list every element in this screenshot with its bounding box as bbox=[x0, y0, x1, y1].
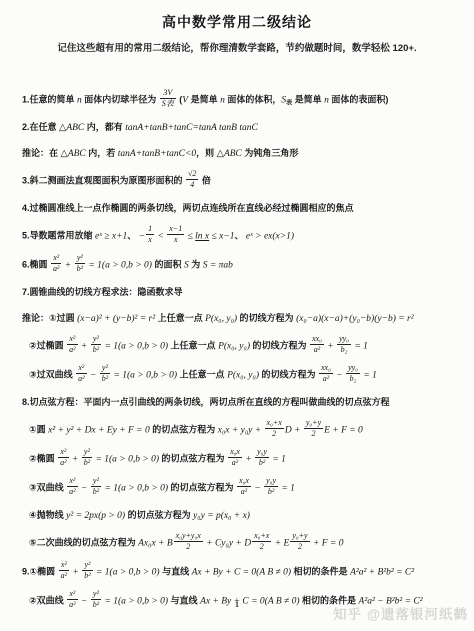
formula-line: 9.①椭圆 x²a² + y²b² = 1(a > 0,b > 0) 与直线 A… bbox=[22, 560, 464, 581]
chinese-text: 的切线方程为 bbox=[259, 370, 318, 380]
chinese-text: ④抛物线 bbox=[29, 510, 66, 520]
math-text: = 1(a > 0,b > 0) bbox=[111, 371, 177, 381]
fraction-denominator: a² bbox=[319, 374, 333, 384]
math-text: P(x₀, y₀) bbox=[227, 371, 259, 381]
chinese-text: 、 bbox=[127, 231, 136, 241]
fraction: y²b² bbox=[82, 560, 92, 581]
fraction-denominator: 2 bbox=[252, 542, 271, 552]
chinese-text: 与直线 bbox=[160, 567, 192, 577]
chinese-text: 9.①椭圆 bbox=[22, 567, 58, 577]
math-text: + bbox=[70, 455, 81, 465]
chinese-text: 为钝角三角形 bbox=[242, 148, 299, 158]
fraction: y₀yb² bbox=[264, 476, 278, 497]
fraction: x²a² bbox=[58, 447, 68, 468]
fraction: √24 bbox=[186, 169, 198, 190]
chinese-text: 的切点弦方程为 bbox=[125, 510, 193, 520]
math-text: Ax₀x + B bbox=[138, 539, 173, 549]
chinese-text: 的面积 bbox=[152, 260, 184, 270]
formula-lines: 1.任意的简单 n 面体内切球半径为 3VS表 (V 是简单 n 面体的体积，S… bbox=[0, 54, 474, 610]
fraction-numerator: x₀x bbox=[228, 447, 242, 458]
fraction: x₀+x2 bbox=[265, 418, 284, 439]
math-text: = 1(a > 0,b > 0) bbox=[102, 342, 168, 352]
fraction: x₀+x2 bbox=[252, 531, 271, 552]
fraction-denominator: a² bbox=[76, 374, 86, 384]
formula-line: 5.导数题常用放缩 eˣ ≥ x+1、 −1x < x−1x ≤ ln x ≤ … bbox=[22, 224, 464, 245]
page-title: 高中数学常用二级结论 bbox=[0, 0, 474, 32]
fraction-numerator: x² bbox=[76, 363, 86, 374]
fraction: y²b² bbox=[82, 447, 92, 468]
fraction: y²b² bbox=[75, 253, 85, 274]
fraction-numerator: x² bbox=[51, 253, 61, 264]
math-text: tanA+tanB+tanC=tanA tanB tanC bbox=[125, 123, 258, 133]
chinese-text: 的切线方程为 bbox=[250, 341, 309, 351]
fraction-denominator: 2 bbox=[290, 542, 309, 552]
fraction-denominator: b² bbox=[255, 458, 269, 468]
math-text: P(x₀, y₀) bbox=[218, 342, 250, 352]
formula-line: 6.椭圆 x²a² + y²b² = 1(a > 0,b > 0) 的面积 S … bbox=[22, 253, 464, 274]
fraction-denominator: 2 bbox=[174, 542, 203, 552]
fraction: xx₀a² bbox=[310, 334, 324, 355]
fraction-numerator: y₀y bbox=[264, 476, 278, 487]
chinese-text: 面体的体积， bbox=[225, 95, 282, 105]
math-text: E + F = 0 bbox=[324, 426, 363, 436]
math-text: − bbox=[136, 232, 145, 242]
fraction-numerator: y² bbox=[75, 253, 85, 264]
formula-line: 8.切点弦方程：平面内一点引曲线的两条切线，两切点所在直线的方程叫做曲线的切点弦… bbox=[22, 392, 464, 410]
chinese-text: 的切点弦方程为 bbox=[168, 483, 236, 493]
fraction-denominator: a² bbox=[58, 458, 68, 468]
fraction-denominator: a² bbox=[67, 345, 77, 355]
chinese-text: 内，若 bbox=[86, 148, 118, 158]
formula-line: 7.圆锥曲线的切线方程求法：隐函数求导 bbox=[22, 282, 464, 300]
chinese-text: 的切线方程为 bbox=[237, 313, 296, 323]
math-text: △ABC bbox=[61, 149, 86, 159]
fraction-denominator: 2 bbox=[265, 429, 284, 439]
formula-line: ⑤二次曲线的切点弦方程为 Ax₀x + Bx₀y+y₀x2 + Cy₀y + D… bbox=[22, 531, 464, 552]
math-text: = 1 bbox=[361, 371, 377, 381]
formula-line: ①圆 x² + y² + Dx + Ey + F = 0 的切点弦方程为 x₀x… bbox=[22, 418, 464, 439]
chinese-text: 推论：在 bbox=[22, 148, 61, 158]
chinese-text: 的切点弦方程为 bbox=[150, 425, 218, 435]
math-text: ≤ bbox=[185, 232, 195, 242]
fraction: y₀+y2 bbox=[290, 531, 309, 552]
fraction-numerator: √2 bbox=[186, 169, 198, 180]
chinese-text: 是简单 bbox=[292, 95, 324, 105]
chinese-text: 上任意一点 bbox=[155, 313, 205, 323]
fraction: x−1x bbox=[167, 224, 184, 245]
formula-line: 2.在任意 △ABC 内，都有 tanA+tanB+tanC=tanA tanB… bbox=[22, 117, 464, 135]
fraction-numerator: y₀+y bbox=[290, 531, 309, 542]
math-text: x₀x + y₀y + bbox=[218, 426, 264, 436]
fraction: xx₀a² bbox=[319, 363, 333, 384]
math-text: tanA+tanB+tanC<0 bbox=[118, 149, 196, 159]
fraction: x₀xa² bbox=[228, 447, 242, 468]
chinese-text: 面体的表面积) bbox=[329, 95, 389, 105]
math-text: y₀y = p(x₀ + x) bbox=[193, 511, 250, 521]
math-text: = 1 bbox=[270, 455, 286, 465]
fraction-denominator: 4 bbox=[186, 180, 198, 190]
fraction: x²a² bbox=[76, 363, 86, 384]
chinese-text: 4.过椭圆准线上一点作椭圆的两条切线，两切点连线所在直线必经过椭圆相应的焦点 bbox=[22, 203, 354, 213]
chinese-text: 1.任意的简单 bbox=[22, 95, 77, 105]
fraction-denominator: b² bbox=[100, 374, 110, 384]
fraction-numerator: x₀+x bbox=[252, 531, 271, 542]
fraction-numerator: 1 bbox=[146, 224, 154, 235]
fraction: y²b² bbox=[91, 476, 101, 497]
fraction-denominator: a² bbox=[51, 264, 61, 274]
chinese-text: ⑤二次曲线的切点弦方程为 bbox=[29, 538, 138, 548]
chinese-text: 7.圆锥曲线的切线方程求法：隐函数求导 bbox=[22, 287, 183, 297]
formula-line: 3.斜二测画法直观图面积为原图形面积的 √24 倍 bbox=[22, 169, 464, 190]
fraction-numerator: x−1 bbox=[167, 224, 184, 235]
fraction-numerator: y₀y bbox=[255, 447, 269, 458]
fraction-denominator: x bbox=[146, 235, 154, 245]
fraction: y²b² bbox=[91, 334, 101, 355]
document-page: 高中数学常用二级结论 记住这些超有用的常用二级结论，帮你理清数学套路，节约做题时… bbox=[0, 0, 474, 631]
fraction-denominator: b₂ bbox=[346, 374, 360, 384]
fraction-denominator: b² bbox=[82, 458, 92, 468]
chinese-text: ，则 bbox=[196, 148, 217, 158]
chinese-text: 内，都有 bbox=[84, 122, 125, 132]
fraction-denominator: b₂ bbox=[337, 345, 351, 355]
math-text: = 1(a > 0,b > 0) bbox=[93, 455, 159, 465]
formula-line: ②椭圆 x²a² + y²b² = 1(a > 0,b > 0) 的切点弦方程为… bbox=[22, 447, 464, 468]
fraction-numerator: x² bbox=[59, 560, 69, 571]
fraction: y₀+y2 bbox=[304, 418, 323, 439]
fraction: yy₀b₂ bbox=[337, 334, 351, 355]
chinese-text: 推论：①过圆 bbox=[22, 313, 77, 323]
fraction: 1x bbox=[146, 224, 154, 245]
chinese-text: ②椭圆 bbox=[29, 454, 57, 464]
fraction: x₀y+y₀x2 bbox=[174, 531, 203, 552]
fraction-numerator: y² bbox=[91, 334, 101, 345]
math-text: − bbox=[88, 371, 99, 381]
math-text: Ax + By + C = 0(A B ≠ 0) bbox=[192, 568, 291, 578]
fraction: 3VS表 bbox=[160, 88, 176, 109]
fraction-numerator: y² bbox=[82, 560, 92, 571]
math-text: + bbox=[79, 342, 90, 352]
math-text: < bbox=[155, 232, 166, 242]
chinese-text: ③双曲线 bbox=[29, 483, 66, 493]
chinese-text: 为 bbox=[189, 260, 203, 270]
math-text: + bbox=[70, 568, 81, 578]
fraction: x²a² bbox=[67, 476, 77, 497]
formula-line: ④抛物线 y² = 2px(p > 0) 的切点弦方程为 y₀y = p(x₀ … bbox=[22, 505, 464, 523]
math-text: D + bbox=[285, 426, 303, 436]
fraction-numerator: y² bbox=[91, 589, 101, 600]
math-text: △ABC bbox=[59, 123, 84, 133]
fraction-denominator: b² bbox=[82, 571, 92, 581]
fraction-numerator: xx₀ bbox=[319, 363, 333, 374]
fraction: x²a² bbox=[59, 560, 69, 581]
chinese-text: 面体内切球半径为 bbox=[82, 95, 159, 105]
chinese-text: 、 bbox=[235, 231, 244, 241]
fraction: yy₀b₂ bbox=[346, 363, 360, 384]
chinese-text: 6.椭圆 bbox=[22, 260, 50, 270]
math-text: = 1(a > 0,b > 0) bbox=[102, 484, 168, 494]
fraction-numerator: yy₀ bbox=[346, 363, 360, 374]
math-text: + F = 0 bbox=[311, 539, 344, 549]
math-text: + bbox=[325, 342, 336, 352]
math-text: + bbox=[62, 261, 73, 271]
page-subtitle: 记住这些超有用的常用二级结论，帮你理清数学套路，节约做题时间，数学轻松 120+… bbox=[0, 40, 474, 54]
math-text: A²a² + B²b² = C² bbox=[350, 568, 414, 578]
fraction-denominator: x bbox=[167, 235, 184, 245]
math-text: + bbox=[243, 455, 254, 465]
math-text: + Cy₀y + D bbox=[204, 539, 251, 549]
math-underlined-text: ln x bbox=[195, 232, 209, 242]
fraction-denominator: a² bbox=[59, 571, 69, 581]
chinese-text: 3.斜二测画法直观图面积为原图形面积的 bbox=[22, 176, 185, 186]
fraction-numerator: xx₀ bbox=[310, 334, 324, 345]
math-text: S = πab bbox=[203, 261, 233, 271]
formula-line: ③双曲线 x²a² − y²b² = 1(a > 0,b > 0) 的切点弦方程… bbox=[22, 476, 464, 497]
math-text: = 1(a > 0,b > 0) bbox=[94, 568, 160, 578]
formula-line: 推论：在 △ABC 内，若 tanA+tanB+tanC<0，则 △ABC 为钝… bbox=[22, 143, 464, 161]
chinese-text: 倍 bbox=[199, 176, 211, 186]
math-text: + E bbox=[272, 539, 289, 549]
watermark: 知乎 @遗落银河纸鹤 bbox=[333, 603, 468, 623]
fraction-numerator: x₀y+y₀x bbox=[174, 531, 203, 542]
fraction-denominator: b² bbox=[91, 345, 101, 355]
fraction-denominator: a² bbox=[237, 487, 251, 497]
fraction-denominator: a² bbox=[310, 345, 324, 355]
fraction-numerator: y₀+y bbox=[304, 418, 323, 429]
fraction: y²b² bbox=[100, 363, 110, 384]
chinese-text: ③过双曲线 bbox=[29, 370, 75, 380]
formula-line: 推论：①过圆 (x−a)² + (y−b)² = r² 上任意一点 P(x₀, … bbox=[22, 308, 464, 326]
fraction-denominator: S表 bbox=[160, 99, 176, 109]
chinese-text: 相切的条件是 bbox=[291, 567, 350, 577]
chinese-text: 上任意一点 bbox=[177, 370, 227, 380]
math-text: y² = 2px(p > 0) bbox=[66, 511, 125, 521]
fraction-numerator: yy₀ bbox=[337, 334, 351, 345]
fraction-numerator: y² bbox=[100, 363, 110, 374]
fraction-numerator: y² bbox=[82, 447, 92, 458]
fraction-denominator: b² bbox=[264, 487, 278, 497]
fraction-numerator: y² bbox=[91, 476, 101, 487]
math-text: (x−a)² + (y−b)² = r² bbox=[77, 314, 155, 324]
fraction-numerator: 3V bbox=[160, 88, 176, 99]
fraction: y₀yb² bbox=[255, 447, 269, 468]
chinese-text: ①圆 bbox=[29, 425, 48, 435]
fraction-denominator: a² bbox=[228, 458, 242, 468]
math-text: x² + y² + Dx + Ey + F = 0 bbox=[48, 426, 150, 436]
chinese-text: 是简单 bbox=[188, 95, 220, 105]
formula-line: 4.过椭圆准线上一点作椭圆的两条切线，两切点连线所在直线必经过椭圆相应的焦点 bbox=[22, 198, 464, 216]
chinese-text: 上任意一点 bbox=[168, 341, 218, 351]
fraction-denominator: 2 bbox=[304, 429, 323, 439]
fraction-numerator: x² bbox=[67, 334, 77, 345]
chinese-text: ②过椭圆 bbox=[29, 341, 66, 351]
chinese-text: 2.在任意 bbox=[22, 122, 59, 132]
chinese-text: 的切点弦方程为 bbox=[159, 454, 227, 464]
math-text: = 1 bbox=[279, 484, 295, 494]
math-text: ≤ x−1 bbox=[209, 232, 234, 242]
math-text: eˣ > ex(x>1) bbox=[244, 232, 295, 242]
fraction-numerator: x₀+x bbox=[265, 418, 284, 429]
fraction: x₀xa² bbox=[237, 476, 251, 497]
math-text: (x₀−a)(x−a)+(y₀−b)(y−b) = r² bbox=[296, 314, 414, 324]
chinese-text: 8.切点弦方程：平面内一点引曲线的两条切线，两切点所在直线的方程叫做曲线的切点弦… bbox=[22, 397, 390, 407]
fraction-denominator: b² bbox=[75, 264, 85, 274]
fraction-numerator: x² bbox=[67, 476, 77, 487]
fraction-numerator: x₀x bbox=[237, 476, 251, 487]
fraction-denominator: a² bbox=[67, 487, 77, 497]
formula-line: ③过双曲线 x²a² − y²b² = 1(a > 0,b > 0) 上任意一点… bbox=[22, 363, 464, 384]
fraction-numerator: x² bbox=[67, 589, 77, 600]
math-text: P(x₀, y₀) bbox=[205, 314, 237, 324]
math-text: = 1(a > 0,b > 0) bbox=[86, 261, 152, 271]
formula-line: ②过椭圆 x²a² + y²b² = 1(a > 0,b > 0) 上任意一点 … bbox=[22, 334, 464, 355]
math-text: − bbox=[79, 484, 90, 494]
math-text: − bbox=[252, 484, 263, 494]
math-text: − bbox=[334, 371, 345, 381]
fraction: x²a² bbox=[51, 253, 61, 274]
math-text: △ABC bbox=[217, 149, 242, 159]
math-text: = 1 bbox=[352, 342, 368, 352]
math-text: eˣ ≥ x+1 bbox=[95, 232, 127, 242]
fraction-denominator: b² bbox=[91, 487, 101, 497]
formula-line: 1.任意的简单 n 面体内切球半径为 3VS表 (V 是简单 n 面体的体积，S… bbox=[22, 88, 464, 109]
fraction-numerator: x² bbox=[58, 447, 68, 458]
chinese-text: 5.导数题常用放缩 bbox=[22, 231, 95, 241]
fraction: x²a² bbox=[67, 334, 77, 355]
